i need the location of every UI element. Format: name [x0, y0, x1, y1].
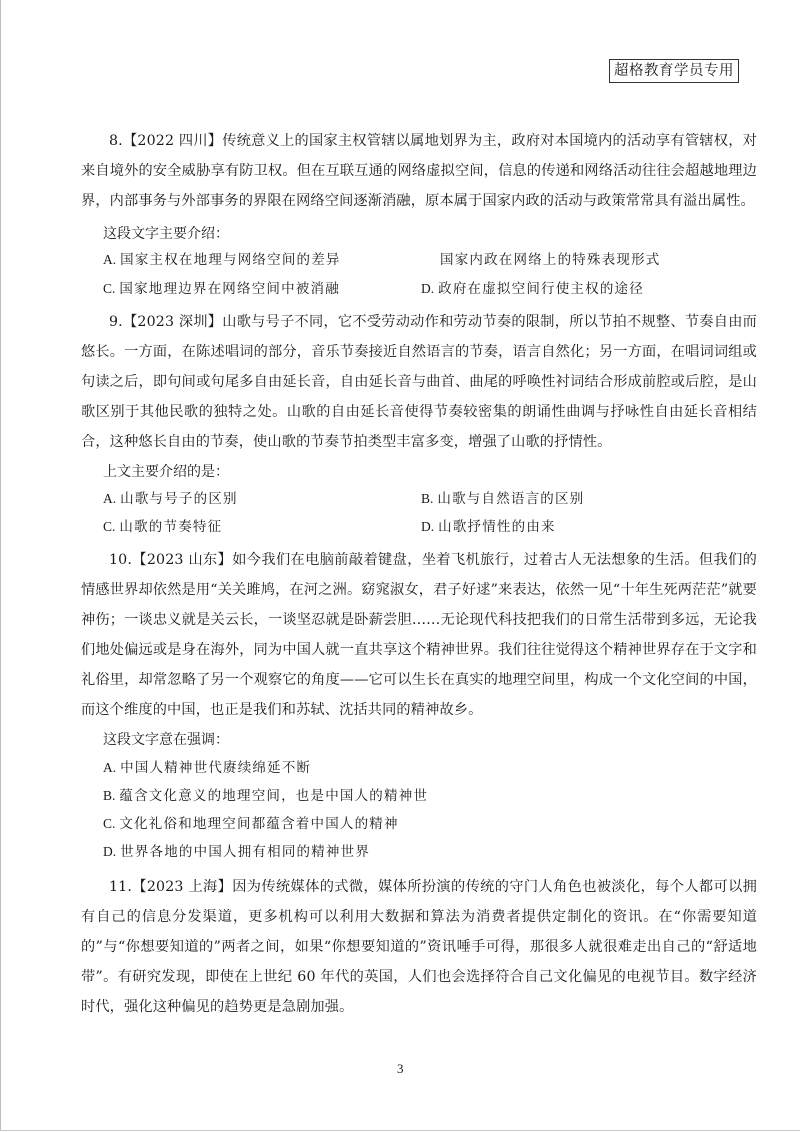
question-8-stem: 这段文字主要介绍： [103, 224, 229, 244]
question-11-passage: 11.【2023 上海】因为传统媒体的式微，媒体所扮演的传统的守门人角色也被淡化… [81, 872, 757, 1022]
passage-text: 如今我们在电脑前敲着键盘，坐着飞机旅行，过着古人无法想象的生活。但我们的情感世界… [81, 552, 757, 718]
question-10-option-a[interactable]: A.中国人精神世代赓续绵延不断 [103, 758, 311, 778]
question-9-option-d[interactable]: D.山歌抒情性的由来 [421, 517, 556, 537]
question-8-option-a[interactable]: A.国家主权在地理与网络空间的差异 [103, 250, 341, 270]
question-8-option-d[interactable]: D.政府在虚拟空间行使主权的途径 [421, 279, 644, 299]
question-source: 【2023 上海】 [132, 879, 232, 895]
question-10-option-b[interactable]: B.蕴含文化意义的地理空间，也是中国人的精神世 [103, 786, 428, 806]
question-number: 11. [109, 879, 132, 895]
question-9-passage: 9.【2023 深圳】山歌与号子不同，它不受劳动动作和劳动节奏的限制，所以节拍不… [81, 307, 757, 457]
passage-text: 因为传统媒体的式微，媒体所扮演的传统的守门人角色也被淡化，每个人都可以拥有自己的… [81, 879, 757, 1015]
question-8-passage: 8.【2022 四川】传统意义上的国家主权管辖以属地划界为主，政府对本国境内的活… [81, 126, 757, 216]
question-number: 10. [109, 552, 132, 568]
question-source: 【2022 四川】 [123, 133, 222, 149]
question-9-option-c[interactable]: C.山歌的节奏特征 [103, 517, 222, 537]
question-number: 8. [109, 133, 123, 149]
watermark-badge: 超格教育学员专用 [609, 59, 739, 83]
question-9-option-b[interactable]: B.山歌与自然语言的区别 [421, 489, 584, 509]
question-10-option-c[interactable]: C.文化礼俗和地理空间都蕴含着中国人的精神 [103, 814, 399, 834]
document-page: 超格教育学员专用 8.【2022 四川】传统意义上的国家主权管辖以属地划界为主，… [0, 0, 800, 1131]
question-9-option-a[interactable]: A.山歌与号子的区别 [103, 489, 238, 509]
question-10-stem: 这段文字意在强调： [103, 730, 229, 750]
question-10-passage: 10.【2023 山东】如今我们在电脑前敲着键盘，坐着飞机旅行，过着古人无法想象… [81, 545, 757, 725]
question-10-option-d[interactable]: D.世界各地的中国人拥有相同的精神世界 [103, 842, 370, 862]
question-8-option-b[interactable]: 国家内政在网络上的特殊表现形式 [436, 250, 661, 270]
page-number: 3 [397, 1061, 404, 1077]
question-8-option-c[interactable]: C.国家地理边界在网络空间中被消融 [103, 279, 340, 299]
question-number: 9. [109, 314, 123, 330]
passage-text: 山歌与号子不同，它不受劳动动作和劳动节奏的限制，所以节拍不规整、节奏自由而悠长。… [81, 314, 757, 450]
question-9-stem: 上文主要介绍的是： [103, 462, 229, 482]
question-source: 【2023 山东】 [132, 552, 232, 568]
question-source: 【2023 深圳】 [123, 314, 222, 330]
